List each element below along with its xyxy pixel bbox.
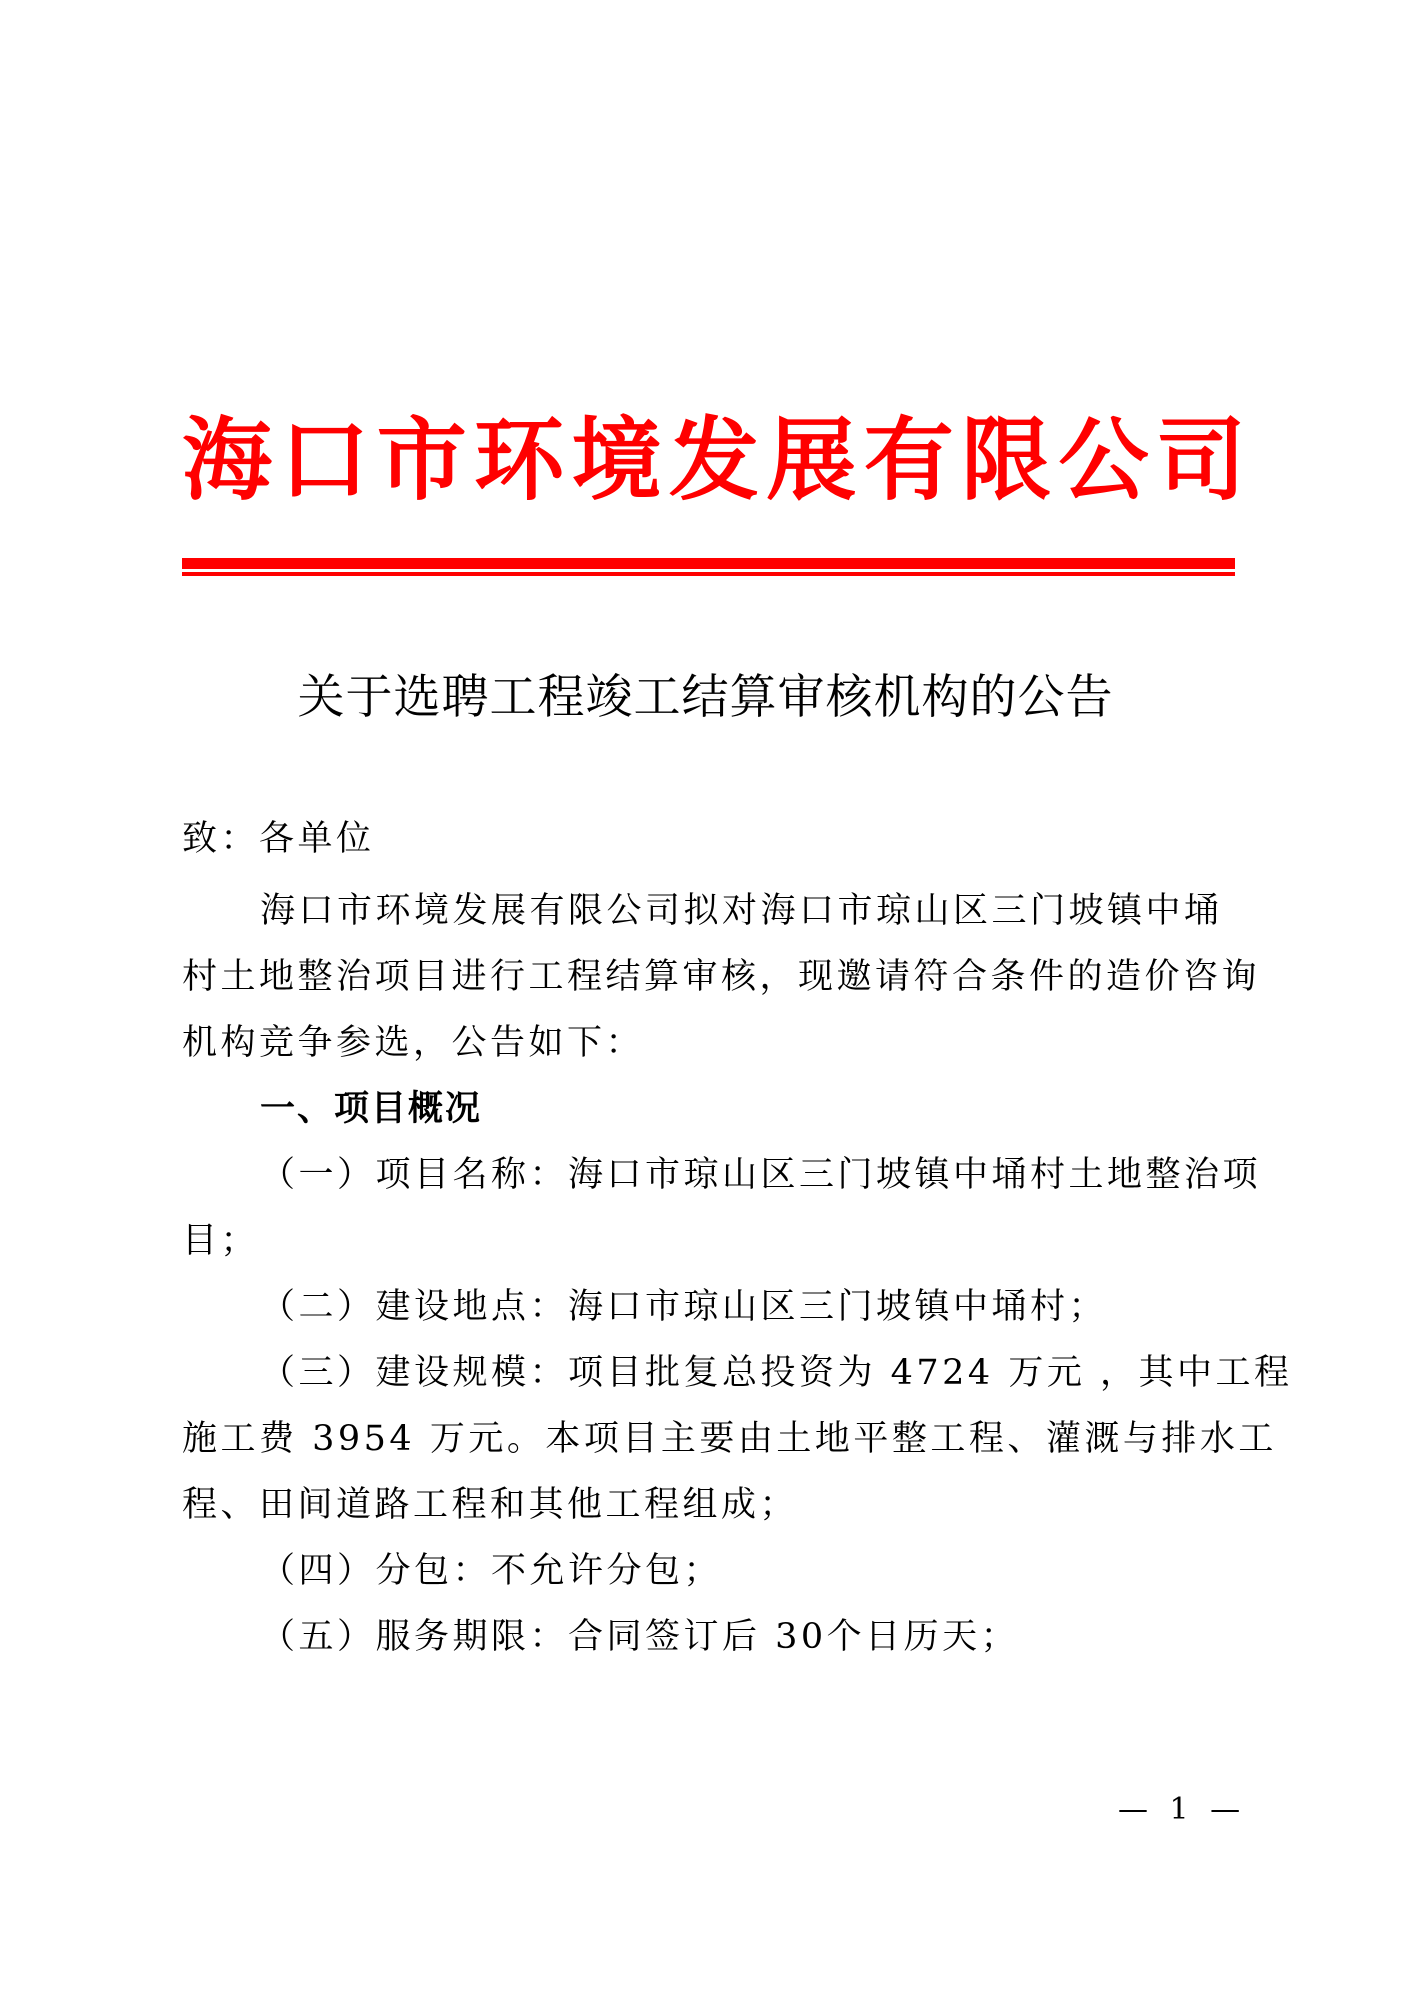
item-location: （二）建设地点：海口市琼山区三门坡镇中埇村； — [260, 1283, 1320, 1331]
item-scale-cont: 施工费 3954 万元。本项目主要由土地平整工程、灌溉与排水工 — [182, 1415, 1242, 1463]
org-name-char: 发 — [669, 405, 753, 515]
item-project-name-cont: 目； — [182, 1217, 1242, 1265]
intro-line: 村土地整治项目进行工程结算审核，现邀请符合条件的造价咨询 — [182, 953, 1242, 1001]
org-name-char: 市 — [377, 405, 461, 515]
org-name-char: 公 — [1059, 405, 1143, 515]
item-project-name: （一）项目名称：海口市琼山区三门坡镇中埇村土地整治项 — [260, 1151, 1250, 1199]
document-title: 关于选聘工程竣工结算审核机构的公告 — [0, 668, 1411, 728]
org-name-char: 口 — [279, 405, 363, 515]
item-subcontract: （四）分包：不允许分包； — [260, 1547, 1320, 1595]
org-name-char: 境 — [572, 405, 656, 515]
org-name-char: 海 — [182, 405, 266, 515]
org-name-char: 司 — [1156, 405, 1240, 515]
letterhead-org-name: 海 口 市 环 境 发 展 有 限 公 司 — [182, 405, 1240, 515]
intro-line: 机构竞争参选，公告如下： — [182, 1019, 1242, 1067]
item-service-period: （五）服务期限：合同签订后 30个日历天； — [260, 1613, 1320, 1661]
item-scale: （三）建设规模：项目批复总投资为 4724 万元 ，其中工程 — [260, 1349, 1250, 1397]
letterhead-divider-thin — [182, 572, 1235, 576]
section-heading: 一、项目概况 — [260, 1085, 1320, 1133]
org-name-char: 环 — [474, 405, 558, 515]
intro-line: 海口市环境发展有限公司拟对海口市琼山区三门坡镇中埇 — [260, 887, 1240, 935]
item-scale-cont: 程、田间道路工程和其他工程组成； — [182, 1481, 1242, 1529]
salutation: 致：各单位 — [182, 815, 1242, 863]
letterhead-divider-thick — [182, 558, 1235, 569]
page-number: — 1 — — [1118, 1790, 1246, 1830]
org-name-char: 有 — [864, 405, 948, 515]
org-name-char: 限 — [961, 405, 1045, 515]
org-name-char: 展 — [766, 405, 850, 515]
